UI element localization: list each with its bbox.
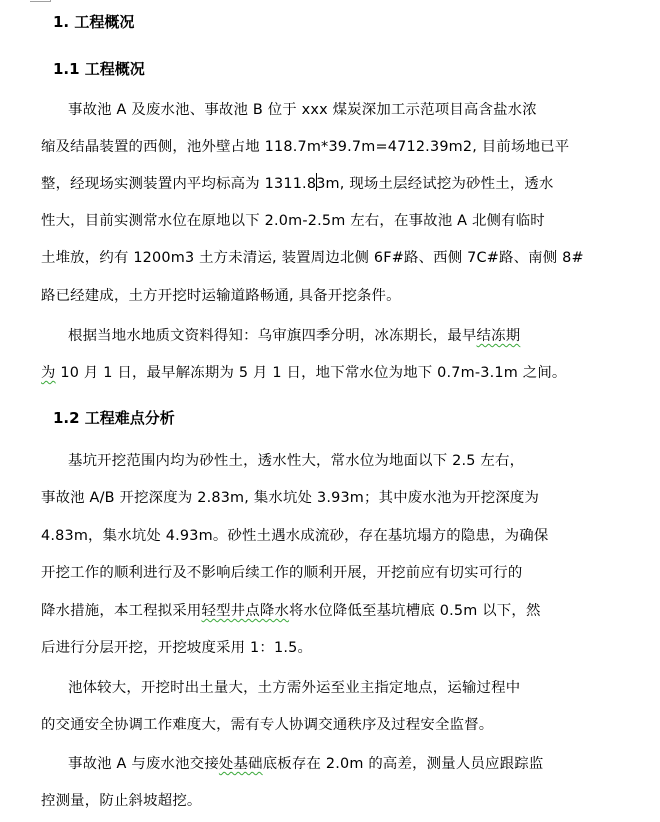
paragraph-line: 基坑开挖范围内均为砂性土，透水性大，常水位为地面以下 2.5 左右，	[68, 449, 524, 473]
text-run: 整，经现场实测装置内平均标高为 1311.8	[41, 176, 316, 192]
spellcheck-flag[interactable]: 结冻期	[477, 328, 521, 344]
paragraph-line: 性大，目前实测常水位在原地以下 2.0m-2.5m 左右，在事故池 A 北侧有临…	[41, 209, 545, 233]
text-run: 降水措施，本工程拟采用	[41, 603, 202, 619]
spellcheck-flag[interactable]: 处基础	[219, 756, 263, 772]
text-run: 将水位降低至基坑槽底 0.5m 以下，然	[289, 603, 541, 619]
paragraph-line: 土堆放，约有 1200m3 土方未清运, 装置周边北侧 6F#路、西侧 7C#路…	[41, 246, 584, 270]
paragraph-line: 池体较大，开挖时出土量大，土方需外运至业主指定地点，运输过程中	[68, 676, 520, 700]
text-run: 事故池 A 与废水池交接	[68, 756, 219, 772]
paragraph-line: 开挖工作的顺利进行及不影响后续工作的顺利开展，开挖前应有切实可行的	[41, 561, 523, 585]
document-page[interactable]: 1. 工程概况 1.1 工程概况 事故池 A 及废水池、事故池 B 位于 xxx…	[0, 0, 660, 822]
heading-1-2: 1.2 工程难点分析	[53, 406, 175, 430]
text-run: 3m, 现场土层经试挖为砂性土，透水	[316, 176, 553, 192]
paragraph-line: 整，经现场实测装置内平均标高为 1311.83m, 现场土层经试挖为砂性土，透水	[41, 172, 554, 196]
paragraph-line: 路已经建成，土方开挖时运输道路畅通, 具备开挖条件。	[41, 284, 401, 308]
spellcheck-flag[interactable]: 轻型井点降水	[202, 603, 290, 619]
spellcheck-flag[interactable]: 为	[41, 365, 56, 381]
text-run: 10 月 1 日，最早解冻期为 5 月 1 日，地下常水位为地下 0.7m-3.…	[56, 365, 567, 381]
paragraph-line: 降水措施，本工程拟采用轻型井点降水将水位降低至基坑槽底 0.5m 以下，然	[41, 599, 541, 623]
paragraph-line: 后进行分层开挖，开挖坡度采用 1：1.5。	[41, 636, 312, 660]
paragraph-line: 的交通安全协调工作难度大，需有专人协调交通秩序及过程安全监督。	[41, 713, 493, 737]
paragraph-line: 事故池 A 及废水池、事故池 B 位于 xxx 煤炭深加工示范项目高含盐水浓	[68, 98, 537, 122]
paragraph-line: 根据当地水地质文资料得知：乌审旗四季分明，冰冻期长，最早结冻期	[68, 324, 520, 348]
paragraph-line: 控测量，防止斜坡超挖。	[41, 789, 202, 813]
paragraph-line: 事故池 A/B 开挖深度为 2.83m, 集水坑处 3.93m；其中废水池为开挖…	[41, 486, 539, 510]
paragraph-line: 4.83m，集水坑处 4.93m。砂性土遇水成流砂，存在基坑塌方的隐患，为确保	[41, 524, 548, 548]
page-corner-mark	[30, 0, 51, 2]
heading-1-1: 1.1 工程概况	[53, 57, 145, 81]
heading-1: 1. 工程概况	[53, 10, 134, 34]
text-run: 根据当地水地质文资料得知：乌审旗四季分明，冰冻期长，最早	[68, 328, 477, 344]
text-run: 底板存在 2.0m 的高差，测量人员应跟踪监	[263, 756, 544, 772]
paragraph-line: 缩及结晶装置的西侧，池外壁占地 118.7m*39.7m=4712.39m2, …	[41, 135, 569, 159]
paragraph-line: 事故池 A 与废水池交接处基础底板存在 2.0m 的高差，测量人员应跟踪监	[68, 752, 543, 776]
paragraph-line: 为 10 月 1 日，最早解冻期为 5 月 1 日，地下常水位为地下 0.7m-…	[41, 361, 567, 385]
